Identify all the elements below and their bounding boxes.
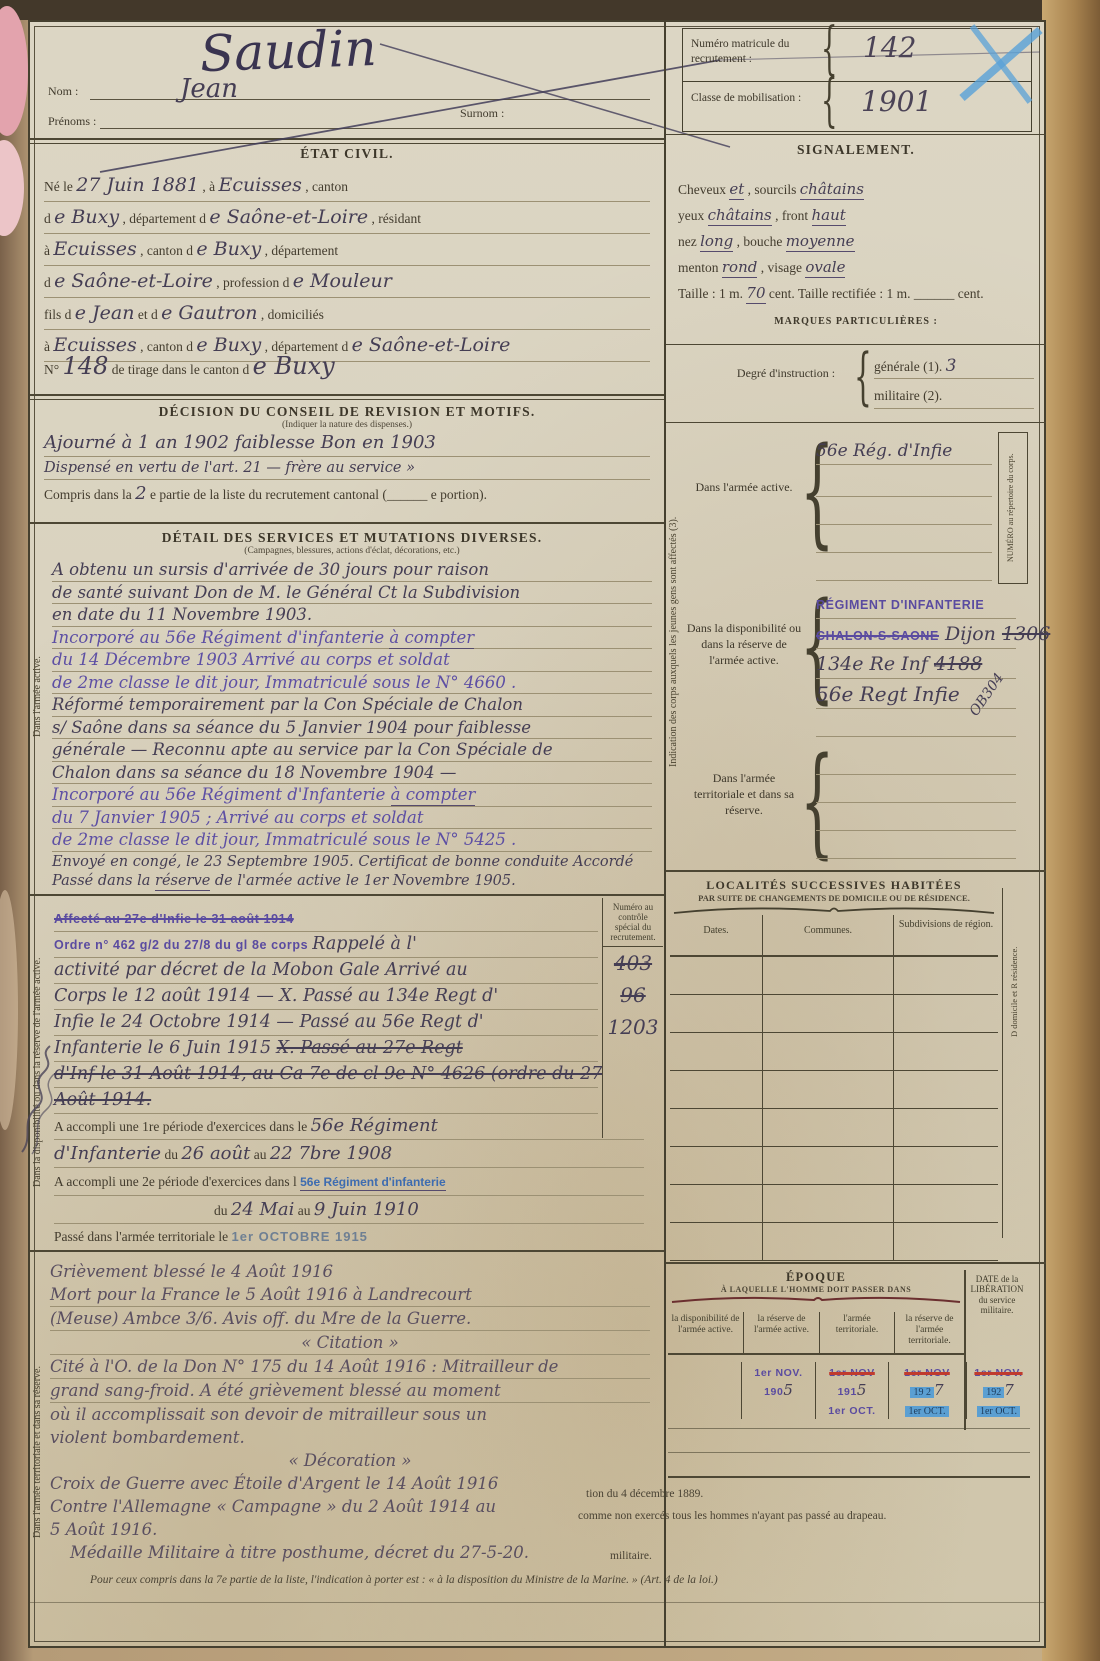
corps-terr-label: Dans l'armée territoriale et dans sa rés… — [686, 770, 802, 819]
services-side-label: Dans l'armée active. — [32, 592, 44, 802]
text-segment: , domiciliés — [258, 307, 324, 322]
text-segment: Arrivé au corps et soldat — [243, 650, 450, 669]
text-segment: 148 — [63, 352, 109, 380]
text-segment: Passé dans la — [52, 873, 155, 889]
text-segment: 56e Regt Infie — [816, 682, 966, 706]
corps-dispo-line: RÉGIMENT D'INFANTERIE — [816, 592, 1016, 619]
service-line: de 2me classe le dit jour, Immatriculé s… — [52, 672, 652, 695]
mobilisation-section: Affecté au 27e d'Infie le 31 août 1914 O… — [54, 906, 598, 1114]
text-segment: générale (1). — [874, 359, 946, 374]
text-segment: châtains — [708, 206, 772, 226]
text-segment: de santé suivant Don de M. le Général Ct… — [52, 583, 520, 602]
text-segment: grand sang-froid. A été grièvement bless… — [50, 1381, 501, 1400]
matricule-label: Numéro matricule du recrutement : — [691, 37, 815, 67]
service-line: du 14 Décembre 1903 Arrivé au corps et s… — [52, 649, 652, 672]
text-segment: Ecuisses — [53, 238, 136, 260]
text-segment: , front — [772, 208, 812, 223]
text-segment: Rappelé à l' — [312, 934, 417, 954]
decision-line: Ajourné à 1 an 1902 faiblesse Bon en 190… — [44, 430, 650, 457]
text-segment: 1er NOV — [904, 1367, 950, 1379]
text-segment: e Gautron — [161, 302, 257, 324]
nom-rule — [90, 99, 650, 100]
localites-col-communes: Communes. — [763, 915, 894, 955]
services-note: (Campagnes, blessures, actions d'éclat, … — [52, 546, 652, 556]
text-segment: 191 — [838, 1386, 857, 1398]
text-segment: de 2me classe le dit jour, Immatriculé s… — [52, 830, 516, 849]
signalement-row: yeux châtains , front haut — [678, 202, 1034, 228]
epoque-bottom-rule — [668, 1476, 1030, 1478]
epoque-col-headers: la disponibilité de l'armée active. la r… — [668, 1312, 964, 1355]
text-segment: violent bombardement. — [50, 1428, 245, 1447]
controle-number: 96 — [603, 979, 663, 1011]
text-segment: , sourcils — [744, 182, 800, 197]
deces-line: Croix de Guerre avec Étoile d'Argent le … — [50, 1472, 650, 1495]
numero-repertoire-label: NUMÉRO au répertoire du corps. — [1007, 439, 1019, 577]
text-segment: 1er OCTOBRE 1915 — [231, 1229, 367, 1244]
text-segment: long — [700, 232, 733, 252]
text-segment: 96 — [620, 983, 645, 1007]
text-segment: en date du 11 Novembre 1903. — [52, 605, 312, 624]
scan-edge-right — [1042, 0, 1100, 1661]
etat-civil-line: d e Buxy , département d e Saône-et-Loir… — [44, 202, 650, 234]
corps-active-label: Dans l'armée active. — [686, 480, 802, 495]
text-segment: 70 — [746, 284, 765, 304]
empty-rule — [816, 526, 992, 553]
section-rule — [30, 894, 664, 896]
signalement-title: SIGNALEMENT. — [678, 142, 1034, 158]
text-segment: yeux — [678, 208, 708, 223]
text-segment: cent. Taille rectifiée : 1 m. ______ cen… — [766, 286, 984, 301]
text-segment: 1306 — [1002, 623, 1050, 645]
empty-rule — [816, 832, 1016, 859]
deces-line: Médaille Militaire à titre posthume, déc… — [50, 1541, 650, 1564]
etat-civil-line: fils d e Jean et d e Gautron , domicilié… — [44, 298, 650, 330]
corps-dispo-label: Dans la disponibilité ou dans la réserve… — [686, 620, 802, 669]
text-segment: X. Passé au 27e Regt — [277, 1038, 463, 1058]
text-segment: 56e Régiment — [311, 1115, 438, 1136]
deces-line: Cité à l'O. de la Don N° 175 du 14 Août … — [50, 1355, 650, 1379]
epoque-title: ÉPOQUE — [668, 1270, 964, 1285]
deces-side-label: Dans l'armée territoriale et dans sa rés… — [32, 1312, 44, 1592]
text-segment: Mort pour la France le 5 Août 1916 à Lan… — [50, 1285, 472, 1304]
epoque-cell-line: 1915 — [816, 1381, 888, 1400]
text-segment: , département d — [119, 211, 209, 226]
text-segment: activité par décret de la Mobon Gale Arr… — [54, 960, 468, 980]
localites-title: LOCALITÉS SUCCESSIVES HABITÉES — [670, 878, 998, 893]
text-segment: du 14 Décembre 1903 — [52, 650, 243, 669]
empty-rule — [816, 804, 1016, 831]
text-segment: 1er OCT. — [828, 1405, 875, 1417]
mobilisation-line: d'Inf le 31 Août 1914, au Ca 7e de cl 9e… — [54, 1062, 598, 1088]
decision-section: DÉCISION DU CONSEIL DE REVISION ET MOTIF… — [44, 404, 650, 508]
text-segment: 190 — [764, 1386, 783, 1398]
text-segment: Réformé temporairement par la Con Spécia… — [52, 695, 523, 714]
tirage-line: N° 148 de tirage dans le canton d e Buxy — [44, 352, 650, 380]
service-line: Chalon dans sa séance du 18 Novembre 190… — [52, 762, 652, 785]
epoque-col-4: la réserve de l'armée territoriale. — [895, 1312, 964, 1353]
text-segment: , à — [199, 179, 219, 194]
right-column: Numéro matricule du recrutement : { 142 … — [664, 22, 1046, 1646]
localites-col-subdivisions: Subdivisions de région. — [894, 915, 998, 955]
epoque-col-3: l'armée territoriale. — [820, 1312, 895, 1353]
text-segment: 3 — [946, 356, 957, 376]
text-segment: Incorporé au 56e Régiment d'Infanterie — [52, 785, 391, 804]
corps-active-value: 56e Rég. d'Infie — [816, 438, 992, 465]
text-segment: , bouche — [733, 234, 785, 249]
text-segment: 134e Re Inf — [816, 653, 934, 675]
deces-line: Contre l'Allemagne « Campagne » du 2 Aoû… — [50, 1495, 650, 1518]
text-segment: 56e Régiment d'infanterie — [300, 1175, 446, 1191]
text-segment: 1er OCT. — [977, 1406, 1020, 1417]
etat-civil-line: d e Saône-et-Loire , profession d e Moul… — [44, 266, 650, 298]
text-segment: Né le — [44, 179, 76, 194]
service-line: de 2me classe le dit jour, Immatriculé s… — [52, 829, 652, 852]
text-segment: militaire (2). — [874, 388, 942, 403]
matricule-value: 142 — [863, 31, 916, 64]
text-segment: CHALON-S-SAONE — [816, 629, 939, 643]
epoque-cell-line: 1er OCT. — [816, 1400, 888, 1419]
deces-line: violent bombardement. — [50, 1426, 650, 1449]
prenoms-rule — [100, 128, 652, 129]
text-segment: 7 — [934, 1381, 944, 1399]
signalement-row: nez long , bouche moyenne — [678, 228, 1034, 254]
surnom-label: Surnom : — [460, 106, 504, 121]
epoque-cell: 1er NOV 19 27 1er OCT. — [889, 1362, 967, 1419]
text-segment: e partie de la liste du recrutement cant… — [147, 487, 487, 502]
text-segment: 4188 — [934, 653, 982, 675]
section-rule — [666, 1262, 1046, 1264]
finger-blob — [0, 140, 24, 236]
epoque-cell-line: 19 27 — [889, 1381, 965, 1400]
footer-fragment: militaire. — [610, 1550, 652, 1562]
instruction-militaire: militaire (2). — [874, 384, 1034, 409]
services-section: DÉTAIL DES SERVICES ET MUTATIONS DIVERSE… — [52, 530, 652, 890]
text-segment: Cheveux — [678, 182, 729, 197]
decision-line: Dispensé en vertu de l'art. 21 — frère a… — [44, 457, 650, 480]
decision-note: (Indiquer la nature des dispenses.) — [44, 420, 650, 430]
text-segment: du 7 Janvier 1905 ; Arrivé au corps et s… — [52, 808, 423, 827]
citation-heading: « Citation » — [50, 1331, 650, 1355]
text-segment: à compter — [389, 628, 474, 649]
text-segment: Contre l'Allemagne « Campagne » du 2 Aoû… — [50, 1497, 496, 1516]
text-segment: de 2me classe le dit jour, Immatriculé s… — [52, 673, 516, 692]
text-segment: e Buxy — [54, 206, 119, 228]
deces-line: 5 Août 1916. — [50, 1518, 650, 1541]
text-segment: « Décoration » — [288, 1451, 411, 1470]
period-line: A accompli une 2e période d'exercices da… — [54, 1168, 644, 1196]
empty-rule — [816, 776, 1016, 803]
text-segment: Médaille Militaire à titre posthume, déc… — [70, 1543, 529, 1562]
text-segment: d — [44, 211, 54, 226]
text-segment: Taille : 1 m. — [678, 286, 746, 301]
empty-rule — [816, 554, 992, 581]
scan-edge-top — [0, 0, 1100, 20]
corps-dispo-line: 56e Regt Infie OB304 — [816, 680, 1016, 709]
epoque-cell-line: 1er OCT. — [967, 1400, 1030, 1419]
mobilisation-line: activité par décret de la Mobon Gale Arr… — [54, 958, 598, 984]
section-rule — [30, 394, 664, 400]
mobilisation-line: Août 1914. — [54, 1088, 598, 1114]
epoque-col-1: la disponibilité de l'armée active. — [668, 1312, 744, 1353]
deces-line: Mort pour la France le 5 Août 1916 à Lan… — [50, 1283, 650, 1307]
text-segment: 27 Juin 1881 — [76, 174, 199, 196]
firstname-handwritten: Jean — [180, 74, 238, 104]
text-segment: au — [250, 1147, 270, 1162]
military-record-sheet: Saudin Nom : Jean Prénoms : Surnom : ÉTA… — [28, 20, 1046, 1648]
epoque-cell-line — [742, 1400, 815, 1419]
signalement-row: Cheveux et , sourcils châtains — [678, 176, 1034, 202]
text-segment: Cité à l'O. de la Don N° 175 du 14 Août … — [50, 1357, 558, 1376]
text-segment: châtains — [800, 180, 864, 200]
empty-rule — [816, 710, 1016, 737]
text-segment: haut — [812, 206, 846, 226]
text-segment: RÉGIMENT D'INFANTERIE — [816, 598, 984, 612]
period-line: A accompli une 1re période d'exercices d… — [54, 1112, 644, 1140]
text-segment: 1er NOV — [829, 1367, 875, 1379]
text-segment: Affecté au 27e d'Infie le 31 août 1914 — [54, 912, 294, 926]
epoque-cell-line: 1er OCT. — [889, 1400, 965, 1419]
controle-number: 1203 — [603, 1011, 663, 1043]
text-segment: Incorporé au 56e Régiment d'infanterie — [52, 628, 389, 647]
service-line: générale — Reconnu apte au service par l… — [52, 739, 652, 762]
text-segment: du — [214, 1203, 231, 1218]
epoque-cell: 1er NOV. 1905 — [742, 1362, 816, 1419]
text-segment: de l'armée active le 1er Novembre 1905. — [210, 873, 515, 889]
text-segment: à — [44, 243, 53, 258]
epoque-cell-line — [668, 1400, 741, 1419]
etat-civil-line: Né le 27 Juin 1881 , à Ecuisses , canton — [44, 170, 650, 202]
text-segment: A accompli une 2e période d'exercices da… — [54, 1174, 300, 1189]
domicile-strip: D domicile et R résidence. — [1002, 888, 1029, 1238]
text-segment: moyenne — [786, 232, 855, 252]
taille-row: Taille : 1 m. 70 cent. Taille rectifiée … — [678, 280, 1034, 306]
text-segment: rond — [722, 258, 757, 278]
classe-value: 1901 — [861, 85, 932, 118]
text-segment: , canton — [302, 179, 348, 194]
territoriale-line: Passé dans l'armée territoriale le 1er O… — [54, 1224, 644, 1250]
text-segment: 5 Août 1916. — [50, 1520, 157, 1539]
text-segment: Ordre n° 462 g/2 du 27/8 du gl 8e corps — [54, 938, 312, 952]
localites-subtitle: PAR SUITE DE CHANGEMENTS DE DOMICILE OU … — [670, 893, 998, 903]
text-segment: 56e Rég. d'Infie — [816, 441, 952, 461]
corps-section: Dans l'armée active. { 56e Rég. d'Infie … — [682, 430, 1030, 862]
mobilisation-line: Affecté au 27e d'Infie le 31 août 1914 — [54, 906, 598, 932]
text-segment: (Meuse) Ambce 3/6. Avis off. du Mre de l… — [50, 1309, 471, 1328]
brace: { — [821, 69, 838, 135]
text-segment: 26 août — [181, 1143, 250, 1164]
text-segment: Compris dans la — [44, 487, 135, 502]
text-segment: 5 — [783, 1381, 793, 1399]
epoque-date-header: DATE de la LIBÉRATION du service militai… — [968, 1274, 1026, 1315]
empty-rule — [816, 498, 992, 525]
text-segment: e Saône-et-Loire — [54, 270, 213, 292]
text-segment: Chalon dans sa séance du 18 Novembre 190… — [52, 763, 456, 782]
text-segment: générale — Reconnu apte au service par l… — [52, 740, 553, 759]
controle-column: Numéro au contrôle spécial du recrutemen… — [602, 898, 663, 1138]
text-segment: , résidant — [368, 211, 421, 226]
text-segment: 19 2 — [910, 1387, 934, 1398]
service-line: en date du 11 Novembre 1903. — [52, 604, 652, 627]
empty-rule — [816, 470, 992, 497]
text-segment: Passé dans l'armée territoriale le — [54, 1229, 231, 1244]
epoque-cell-line: 1927 — [967, 1381, 1030, 1400]
etat-civil-section: ÉTAT CIVIL. Né le 27 Juin 1881 , à Ecuis… — [44, 146, 650, 362]
text-segment: e Saône-et-Loire — [209, 206, 368, 228]
text-segment: nez — [678, 234, 700, 249]
domicile-strip-label: D domicile et R résidence. — [1010, 892, 1022, 1092]
epoque-cell-line — [668, 1362, 741, 1381]
text-segment: et d — [134, 307, 161, 322]
text-segment: 9 Juin 1910 — [314, 1199, 419, 1220]
controle-number: 403 — [603, 947, 663, 979]
text-segment: e Jean — [75, 302, 135, 324]
mobilisation-line: Corps le 12 août 1914 — X. Passé au 134e… — [54, 984, 598, 1010]
controle-header: Numéro au contrôle spécial du recrutemen… — [603, 898, 663, 947]
section-rule — [30, 522, 664, 524]
epoque-header: ÉPOQUE À LAQUELLE L'HOMME DOIT PASSER DA… — [668, 1270, 964, 1304]
text-segment: Ecuisses — [219, 174, 302, 196]
brace: { — [854, 340, 872, 413]
text-segment: , canton d — [137, 243, 197, 258]
text-segment: « Citation » — [301, 1333, 399, 1352]
text-segment: et — [729, 180, 744, 200]
text-segment: 1er OCT. — [905, 1406, 948, 1417]
epoque-date-cell: 1er NOV. 1927 1er OCT. — [967, 1362, 1030, 1419]
text-segment: e Mouleur — [293, 270, 392, 292]
periods-section: A accompli une 1re période d'exercices d… — [54, 1112, 644, 1250]
finger-blob — [0, 6, 28, 136]
nom-label: Nom : — [48, 84, 78, 99]
text-segment: 1203 — [608, 1015, 659, 1039]
section-rule — [666, 422, 1046, 423]
service-line: A obtenu un sursis d'arrivée de 30 jours… — [52, 559, 652, 582]
text-segment: où il accomplissait son devoir de mitrai… — [50, 1405, 487, 1424]
text-segment: , profession d — [213, 275, 293, 290]
section-rule — [666, 870, 1046, 872]
text-segment: , visage — [757, 260, 805, 275]
text-segment: du — [161, 1147, 181, 1162]
deces-line: Grièvement blessé le 4 Août 1916 — [50, 1260, 650, 1283]
epoque-cell-line: 1905 — [742, 1381, 815, 1400]
period-line: du 24 Mai au 9 Juin 1910 — [54, 1196, 644, 1224]
text-segment: 5 — [857, 1381, 867, 1399]
decoration-heading: « Décoration » — [50, 1449, 650, 1472]
text-segment: fils d — [44, 307, 75, 322]
text-segment: N° — [44, 362, 63, 377]
text-segment: 24 Mai — [231, 1199, 295, 1220]
instruction-generale: générale (1). 3 — [874, 354, 1034, 379]
localites-col-dates: Dates. — [670, 915, 763, 955]
section-rule — [30, 1250, 664, 1252]
text-segment: Infie le 24 Octobre 1914 — Passé au 56e … — [54, 1012, 484, 1032]
service-line: Réformé temporairement par la Con Spécia… — [52, 694, 652, 717]
etat-civil-title: ÉTAT CIVIL. — [44, 146, 650, 162]
corps-dispo-line: CHALON-S-SAONE Dijon 1306 — [816, 620, 1016, 649]
instruction-label: Degré d'instruction : — [726, 366, 846, 381]
text-segment: ovale — [805, 258, 845, 278]
deces-section: Grièvement blessé le 4 Août 1916 Mort po… — [50, 1260, 650, 1564]
text-segment: d — [44, 275, 54, 290]
text-segment: A obtenu un sursis d'arrivée de 30 jours… — [52, 560, 489, 579]
epoque-cell-line: 1er NOV — [816, 1362, 888, 1381]
decision-title: DÉCISION DU CONSEIL DE REVISION ET MOTIF… — [44, 404, 650, 420]
text-segment: 1er NOV. — [974, 1367, 1022, 1379]
text-segment: 192 — [983, 1387, 1004, 1398]
mobilisation-line: Infie le 24 Octobre 1914 — Passé au 56e … — [54, 1010, 598, 1036]
deces-line: grand sang-froid. A été grièvement bless… — [50, 1379, 650, 1403]
deces-line: (Meuse) Ambce 3/6. Avis off. du Mre de l… — [50, 1307, 650, 1331]
epoque-row-rule — [668, 1428, 1030, 1429]
signalement-section: SIGNALEMENT. Cheveux et , sourcils châta… — [678, 142, 1034, 327]
brace-ornament — [670, 903, 998, 915]
text-segment: 1er NOV. — [754, 1367, 802, 1379]
epoque-cell-line: 1er NOV — [889, 1362, 965, 1381]
epoque-cell: 1er NOV 1915 1er OCT. — [816, 1362, 889, 1419]
etat-civil-line: à Ecuisses , canton d e Buxy , départeme… — [44, 234, 650, 266]
signalement-row: menton rond , visage ovale — [678, 254, 1034, 280]
period-line: d'Infanterie du 26 août au 22 7bre 1908 — [54, 1140, 644, 1168]
text-segment: à compter — [391, 785, 476, 806]
localites-empty-rows — [670, 957, 998, 1261]
text-segment: Grièvement blessé le 4 Août 1916 — [50, 1262, 333, 1281]
epoque-row-rule — [668, 1452, 1030, 1453]
text-segment: Dijon — [939, 623, 1002, 645]
section-rule — [30, 138, 664, 144]
epoque-col-2: la réserve de l'armée active. — [744, 1312, 820, 1353]
marques-label: MARQUES PARTICULIÈRES : — [678, 316, 1034, 327]
text-segment: Dispensé en vertu de l'art. 21 — frère a… — [44, 460, 415, 476]
epoque-cell — [668, 1362, 742, 1419]
text-segment: Infanterie le 6 Juin 1915 — [54, 1038, 277, 1058]
numero-repertoire-box: NUMÉRO au répertoire du corps. — [998, 432, 1028, 584]
margin-annotation-scribble — [14, 1042, 74, 1162]
text-segment: e Buxy — [196, 238, 261, 260]
text-segment: 403 — [614, 951, 652, 975]
service-line: Incorporé au 56e Régiment d'infanterie à… — [52, 627, 652, 650]
epoque-subtitle: À LAQUELLE L'HOMME DOIT PASSER DANS — [668, 1285, 964, 1294]
brace-ornament — [668, 1294, 964, 1304]
epoque-cell-line — [668, 1381, 741, 1400]
service-line: Envoyé en congé, le 23 Septembre 1905. C… — [52, 852, 652, 871]
classe-label: Classe de mobilisation : — [691, 91, 815, 106]
text-segment: d'Inf le 31 Août 1914, au Ca 7e de cl 9e… — [54, 1064, 602, 1084]
text-segment: 2 — [135, 483, 146, 504]
text-segment: Envoyé en congé, le 23 Septembre 1905. C… — [52, 854, 633, 870]
blue-x-mark — [956, 22, 1046, 108]
services-title: DÉTAIL DES SERVICES ET MUTATIONS DIVERSE… — [52, 530, 652, 546]
corps-side-label: Indication des corps auxquels les jeunes… — [668, 442, 680, 842]
mobilisation-line: Ordre n° 462 g/2 du 27/8 du gl 8e corps … — [54, 932, 598, 958]
epoque-values: 1er NOV. 1905 1er NOV 1915 1er OCT. 1er … — [668, 1362, 1030, 1419]
text-segment: e Buxy — [253, 352, 335, 380]
text-segment: réserve — [155, 873, 210, 891]
text-segment: Corps le 12 août 1914 — X. Passé au 134e… — [54, 986, 498, 1006]
section-rule — [666, 134, 1046, 135]
localites-section: LOCALITÉS SUCCESSIVES HABITÉES PAR SUITE… — [670, 878, 998, 1261]
epoque-section: ÉPOQUE À LAQUELLE L'HOMME DOIT PASSER DA… — [668, 1270, 1030, 1490]
compris-line: Compris dans la 2 e partie de la liste d… — [44, 480, 650, 508]
text-segment: de tirage dans le canton d — [108, 362, 252, 377]
text-segment: A accompli une 1re période d'exercices d… — [54, 1119, 311, 1134]
text-segment: s/ Saône dans sa séance du 5 Janvier 190… — [52, 718, 531, 737]
prenoms-label: Prénoms : — [48, 114, 96, 129]
text-segment: , département — [261, 243, 338, 258]
service-line: Incorporé au 56e Régiment d'Infanterie à… — [52, 784, 652, 807]
text-segment: au — [294, 1203, 314, 1218]
service-line: s/ Saône dans sa séance du 5 Janvier 190… — [52, 717, 652, 740]
service-line: Passé dans la réserve de l'armée active … — [52, 871, 652, 890]
service-line: du 7 Janvier 1905 ; Arrivé au corps et s… — [52, 807, 652, 830]
